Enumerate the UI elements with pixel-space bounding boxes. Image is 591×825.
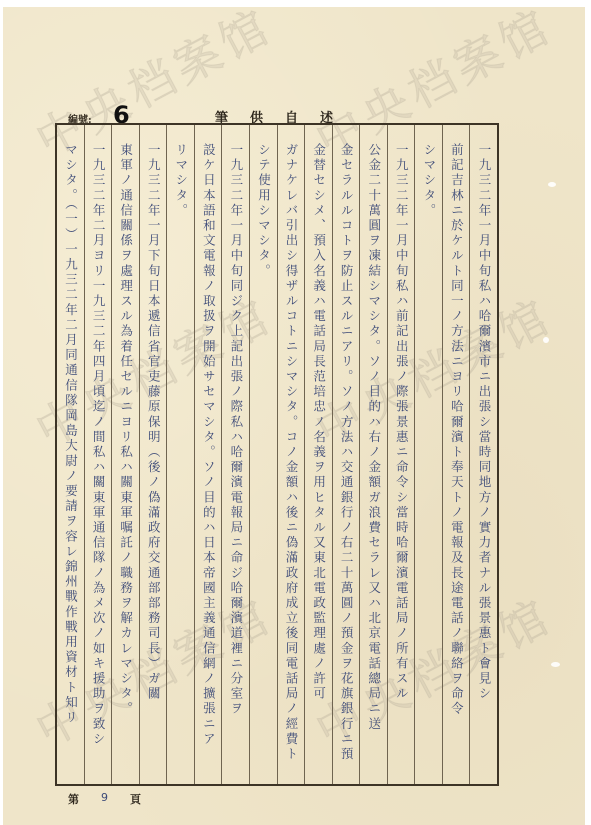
document-page: 中央档案馆 中央档案馆 中央档案馆 中央档案馆 中央档案馆 中央档案馆 編號: …	[3, 7, 585, 825]
text-column: 金セラルルコトヲ防止スルニアリ。ソノ方法ハ交通銀行ノ右二十萬圓ノ預金ヲ花旗銀行ニ…	[332, 125, 360, 784]
handwritten-line: 一九三二年一月中旬私ハ哈爾濱市ニ出張シ當時同地方ノ實力者ナル張景惠ト會見シ	[477, 143, 490, 784]
handwritten-line: 金セラルルコトヲ防止スルニアリ。ソノ方法ハ交通銀行ノ右二十萬圓ノ預金ヲ花旗銀行ニ…	[340, 143, 353, 784]
handwritten-line: 一九三二年一月中旬私ハ前記出張ノ際張景惠ニ命令シ當時哈爾濱電話局ノ所有スル	[395, 143, 408, 784]
page-suffix: 頁	[130, 791, 141, 807]
text-column: 一九三二年一月中旬私ハ前記出張ノ際張景惠ニ命令シ當時哈爾濱電話局ノ所有スル	[387, 125, 415, 784]
text-column: 前記吉林ニ於ケルト同一ノ方法ニヨリ哈爾濱ト奉天トノ電報及長途電話ノ聯絡ヲ命令	[442, 125, 470, 784]
text-column: 公金二十萬圓ヲ凍結シマシタ。ソノ目的ハ右ノ金額ガ浪費セラレ又ハ北京電話總局ニ送	[359, 125, 387, 784]
paper-damage-speck	[543, 337, 549, 343]
handwritten-line: 公金二十萬圓ヲ凍結シマシタ。ソノ目的ハ右ノ金額ガ浪費セラレ又ハ北京電話總局ニ送	[367, 143, 380, 784]
handwritten-line: ガナケレバ引出シ得ザルコトニシマシタ。コノ金額ハ後ニ偽滿政府成立後同電話局ノ經費…	[285, 143, 298, 784]
text-column: 一九三二年一月中旬私ハ哈爾濱市ニ出張シ當時同地方ノ實力者ナル張景惠ト會見シ	[469, 125, 497, 784]
text-column: 設ケ日本語和文電報ノ取扱ヲ開始サセマシタ。ソノ目的ハ日本帝國主義通信網ノ擴張ニア	[194, 125, 222, 784]
handwritten-line: リマシタ。	[174, 143, 187, 784]
text-column: 一九三二年一月下旬日本遞信省官吏藤原保明（後ノ偽滿政府交通部部務司長）ガ關	[139, 125, 167, 784]
page-number: 9	[101, 791, 108, 807]
text-column: リマシタ。	[166, 125, 194, 784]
handwritten-line: 東軍ノ通信關係ヲ處理スル為着任セルニヨリ私ハ關東軍嘱託ノ職務ヲ解カレマシタ。	[119, 143, 132, 784]
handwritten-line: シテ使用シマシタ。	[257, 143, 270, 784]
handwritten-line: シマシタ。	[422, 143, 435, 784]
handwritten-line: 一九三二年一月下旬日本遞信省官吏藤原保明（後ノ偽滿政府交通部部務司長）ガ關	[147, 143, 160, 784]
text-column: 一九三二年一月中旬同ジク上記出張ノ際私ハ哈爾濱電報局ニ命ジ哈爾濱道裡ニ分室ヲ	[221, 125, 249, 784]
text-column: 一九三二年二月ヨリ一九三二年四月頃迄ノ間私ハ關東軍通信隊ノ為メ次ノ如キ援助ヲ致シ	[84, 125, 112, 784]
page-footer: 第 9 頁	[68, 791, 141, 807]
handwritten-line: 一九三二年一月中旬同ジク上記出張ノ際私ハ哈爾濱電報局ニ命ジ哈爾濱道裡ニ分室ヲ	[229, 143, 242, 784]
text-column: 東軍ノ通信關係ヲ處理スル為着任セルニヨリ私ハ關東軍嘱託ノ職務ヲ解カレマシタ。	[111, 125, 139, 784]
text-column: マシタ。（一）一九三二年二月同通信隊岡島大尉ノ要請ヲ容レ錦州戰作戰用資材ト知リ	[57, 125, 84, 784]
paper-damage-speck	[551, 662, 560, 667]
handwritten-line: 一九三二年二月ヨリ一九三二年四月頃迄ノ間私ハ關東軍通信隊ノ為メ次ノ如キ援助ヲ致シ	[92, 143, 105, 784]
paper-damage-speck	[548, 182, 556, 187]
handwritten-line: 前記吉林ニ於ケルト同一ノ方法ニヨリ哈爾濱ト奉天トノ電報及長途電話ノ聯絡ヲ命令	[450, 143, 463, 784]
text-column: ガナケレバ引出シ得ザルコトニシマシタ。コノ金額ハ後ニ偽滿政府成立後同電話局ノ經費…	[277, 125, 305, 784]
handwritten-line: 金替セシメ、預入名義ハ電話局長范培忠ノ名義ヲ用ヒタル又東北電政監理處ノ許可	[312, 143, 325, 784]
handwritten-line: マシタ。（一）一九三二年二月同通信隊岡島大尉ノ要請ヲ容レ錦州戰作戰用資材ト知リ	[64, 143, 77, 784]
handwritten-line: 設ケ日本語和文電報ノ取扱ヲ開始サセマシタ。ソノ目的ハ日本帝國主義通信網ノ擴張ニア	[202, 143, 215, 784]
page-prefix: 第	[68, 791, 79, 807]
text-column: シテ使用シマシタ。	[249, 125, 277, 784]
text-column: 金替セシメ、預入名義ハ電話局長范培忠ノ名義ヲ用ヒタル又東北電政監理處ノ許可	[304, 125, 332, 784]
ruled-writing-frame: 一九三二年一月中旬私ハ哈爾濱市ニ出張シ當時同地方ノ實力者ナル張景惠ト會見シ 前記…	[55, 123, 499, 786]
text-column: シマシタ。	[414, 125, 442, 784]
